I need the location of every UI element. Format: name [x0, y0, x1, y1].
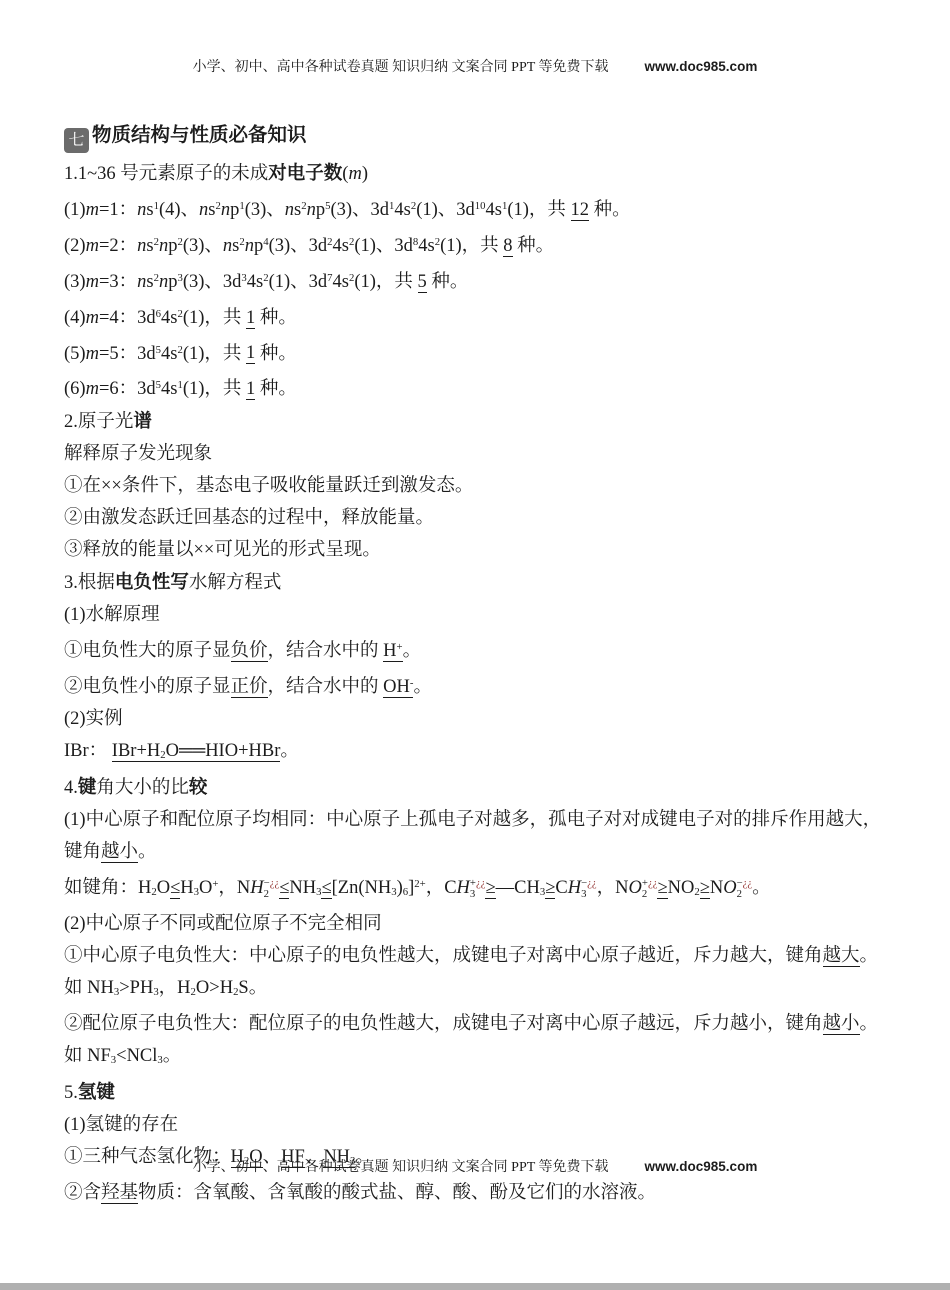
- heading-hydrogen-bond: 5.氢键: [64, 1076, 890, 1109]
- section-title-text: 物质结构与性质必备知识: [92, 124, 307, 146]
- line-same-atoms: (1)中心原子和配位原子均相同：中心原子上孤电子对越多，孤电子对对成键电子对的排…: [64, 804, 890, 868]
- page-header: 小学、初中、高中各种试卷真题 知识归纳 文案合同 PPT 等免费下载 www.d…: [0, 56, 950, 76]
- heading-bond-angle: 4.键角大小的比较: [64, 771, 890, 804]
- line-m5: (5)m=5：3d54s2(1)，共 1 种。: [64, 334, 890, 370]
- line-hydrolysis-principle: (1)水解原理: [64, 599, 890, 631]
- line-negative-valence: ①电负性大的原子显负价，结合水中的 H+。: [64, 631, 890, 667]
- line-spectrum-1: ①在××条件下，基态电子吸收能量跃迁到激发态。: [64, 470, 890, 502]
- document-content: 七物质结构与性质必备知识 1.1~36 号元素原子的未成对电子数(m)(1)m=…: [64, 118, 890, 1209]
- red-artifact: ¿¿: [270, 877, 280, 889]
- stacked-subsup: +¿¿2: [642, 878, 658, 901]
- line-m6: (6)m=6：3d54s1(1)，共 1 种。: [64, 369, 890, 405]
- section-number-badge: 七: [64, 128, 89, 153]
- line-ligand-en-example: 如 NF3<NCl3。: [64, 1040, 890, 1076]
- line-example-label: (2)实例: [64, 703, 890, 735]
- line-m3: (3)m=3：ns2np3(3)、3d34s2(1)、3d74s2(1)，共 5…: [64, 262, 890, 298]
- line-different-atoms: (2)中心原子不同或配位原子不完全相同: [64, 908, 890, 940]
- line-central-en: ①中心原子电负性大：中心原子的电负性越大，成键电子对离中心原子越近，斥力越大，键…: [64, 940, 890, 972]
- line-ibr-equation: IBr： IBr+H2O══HIO+HBr。: [64, 735, 890, 771]
- line-positive-valence: ②电负性小的原子显正价，结合水中的 OH-。: [64, 667, 890, 703]
- line-central-en-example: 如 NH3>PH3，H2O>H2S。: [64, 972, 890, 1008]
- footer-url: www.doc985.com: [645, 1159, 758, 1174]
- line-hbond-existence: (1)氢键的存在: [64, 1109, 890, 1141]
- document-page: 小学、初中、高中各种试卷真题 知识归纳 文案合同 PPT 等免费下载 www.d…: [0, 0, 950, 1290]
- stacked-subsup: −¿¿2: [737, 878, 753, 901]
- page-bottom-edge: [0, 1283, 950, 1290]
- line-bond-angle-formula: 如键角：H2O≤H3O+，NH−¿¿2≤NH3≤[Zn(NH3)6]2+，CH+…: [64, 868, 890, 908]
- line-explain: 解释原子发光现象: [64, 438, 890, 470]
- header-url: www.doc985.com: [645, 59, 758, 74]
- line-spectrum-2: ②由激发态跃迁回基态的过程中，释放能量。: [64, 502, 890, 534]
- heading-electronegativity-hydrolysis: 3.根据电负性写水解方程式: [64, 566, 890, 599]
- header-slogan: 小学、初中、高中各种试卷真题 知识归纳 文案合同 PPT 等免费下载: [193, 56, 609, 76]
- red-artifact: ¿¿: [587, 877, 597, 889]
- footer-slogan: 小学、初中、高中各种试卷真题 知识归纳 文案合同 PPT 等免费下载: [193, 1156, 609, 1176]
- page-footer: 小学、初中、高中各种试卷真题 知识归纳 文案合同 PPT 等免费下载 www.d…: [0, 1156, 950, 1176]
- stacked-subsup: −¿¿2: [264, 878, 280, 901]
- line-ligand-en: ②配位原子电负性大：配位原子的电负性越大，成键电子对离中心原子越远，斥力越小，键…: [64, 1008, 890, 1040]
- heading-atomic-spectrum: 2.原子光谱: [64, 405, 890, 438]
- stacked-subsup: +¿¿3: [470, 878, 486, 901]
- section-title: 七物质结构与性质必备知识: [64, 118, 890, 154]
- heading-unpaired-electrons: 1.1~36 号元素原子的未成对电子数(m): [64, 157, 890, 190]
- paragraph-list: 1.1~36 号元素原子的未成对电子数(m)(1)m=1：ns1(4)、ns2n…: [64, 157, 890, 1209]
- red-artifact: ¿¿: [743, 877, 753, 889]
- line-m2: (2)m=2：ns2np2(3)、ns2np4(3)、3d24s2(1)、3d8…: [64, 226, 890, 262]
- line-m4: (4)m=4：3d64s2(1)，共 1 种。: [64, 298, 890, 334]
- line-m1: (1)m=1：ns1(4)、ns2np1(3)、ns2np5(3)、3d14s2…: [64, 190, 890, 226]
- line-hydroxyl: ②含羟基物质：含氧酸、含氧酸的酸式盐、醇、酸、酚及它们的水溶液。: [64, 1177, 890, 1209]
- stacked-subsup: −¿¿3: [581, 878, 597, 901]
- line-spectrum-3: ③释放的能量以××可见光的形式呈现。: [64, 534, 890, 566]
